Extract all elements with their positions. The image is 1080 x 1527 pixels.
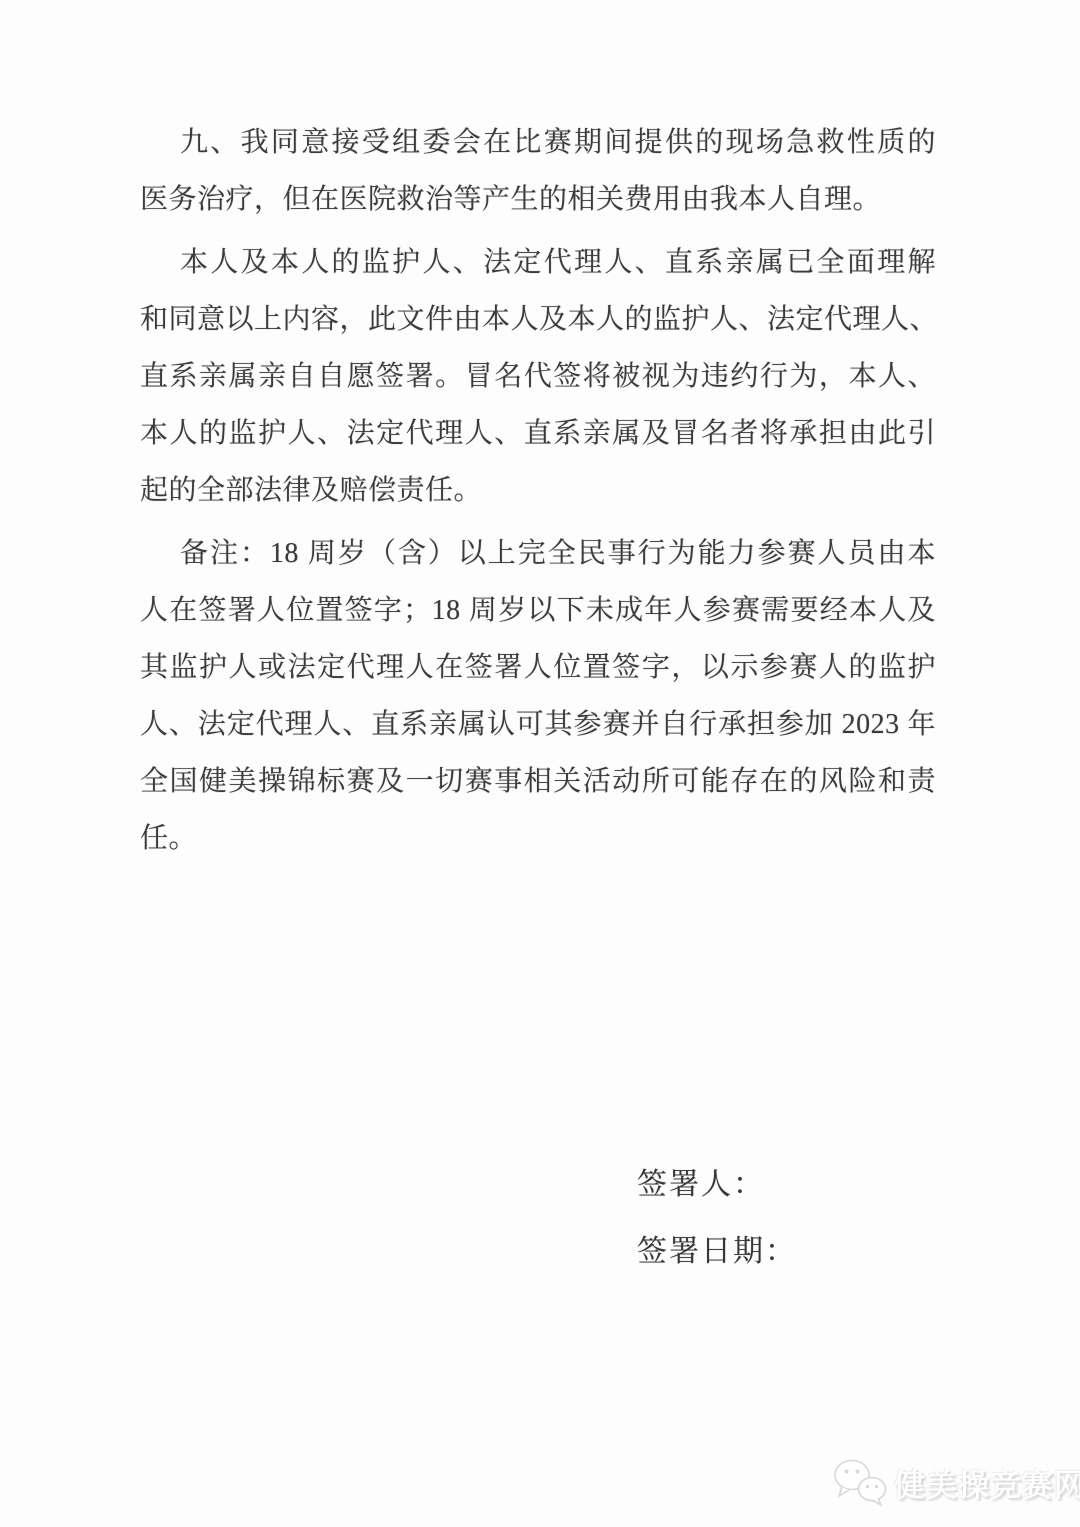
text-line: 备注：18 周岁（含）以上完全民事行为能力参赛人员由本: [140, 525, 936, 582]
text-line: 九、我同意接受组委会在比赛期间提供的现场急救性质的: [140, 114, 936, 171]
watermark: 健美操竞赛网: [832, 1456, 1080, 1508]
text-line: 起的全部法律及赔偿责任。: [140, 462, 936, 519]
paragraph: 本人及本人的监护人、法定代理人、直系亲属已全面理解和同意以上内容，此文件由本人及…: [140, 234, 936, 519]
text-line: 其监护人或法定代理人在签署人位置签字，以示参赛人的监护: [140, 639, 936, 696]
text-line: 和同意以上内容，此文件由本人及本人的监护人、法定代理人、: [140, 291, 936, 348]
text-line: 人在签署人位置签字；18 周岁以下未成年人参赛需要经本人及: [140, 582, 936, 639]
text-line: 本人的监护人、法定代理人、直系亲属及冒名者将承担由此引: [140, 405, 936, 462]
document-page: 九、我同意接受组委会在比赛期间提供的现场急救性质的医务治疗，但在医院救治等产生的…: [0, 0, 1080, 1527]
text-line: 医务治疗，但在医院救治等产生的相关费用由我本人自理。: [140, 171, 936, 228]
paragraph: 九、我同意接受组委会在比赛期间提供的现场急救性质的医务治疗，但在医院救治等产生的…: [140, 114, 936, 228]
text-line: 全国健美操锦标赛及一切赛事相关活动所可能存在的风险和责: [140, 753, 936, 810]
signature-block: 签署人： 签署日期：: [637, 1166, 797, 1271]
text-line: 任。: [140, 810, 936, 867]
signature-date-label: 签署日期：: [637, 1233, 797, 1271]
document-body: 九、我同意接受组委会在比赛期间提供的现场急救性质的医务治疗，但在医院救治等产生的…: [140, 114, 936, 867]
paragraph: 备注：18 周岁（含）以上完全民事行为能力参赛人员由本人在签署人位置签字；18 …: [140, 525, 936, 867]
watermark-text: 健美操竞赛网: [894, 1460, 1080, 1505]
signer-label: 签署人：: [637, 1166, 797, 1204]
wechat-icon: [832, 1456, 888, 1508]
text-line: 人、法定代理人、直系亲属认可其参赛并自行承担参加 2023 年: [140, 696, 936, 753]
text-line: 直系亲属亲自自愿签署。冒名代签将被视为违约行为，本人、: [140, 348, 936, 405]
text-line: 本人及本人的监护人、法定代理人、直系亲属已全面理解: [140, 234, 936, 291]
